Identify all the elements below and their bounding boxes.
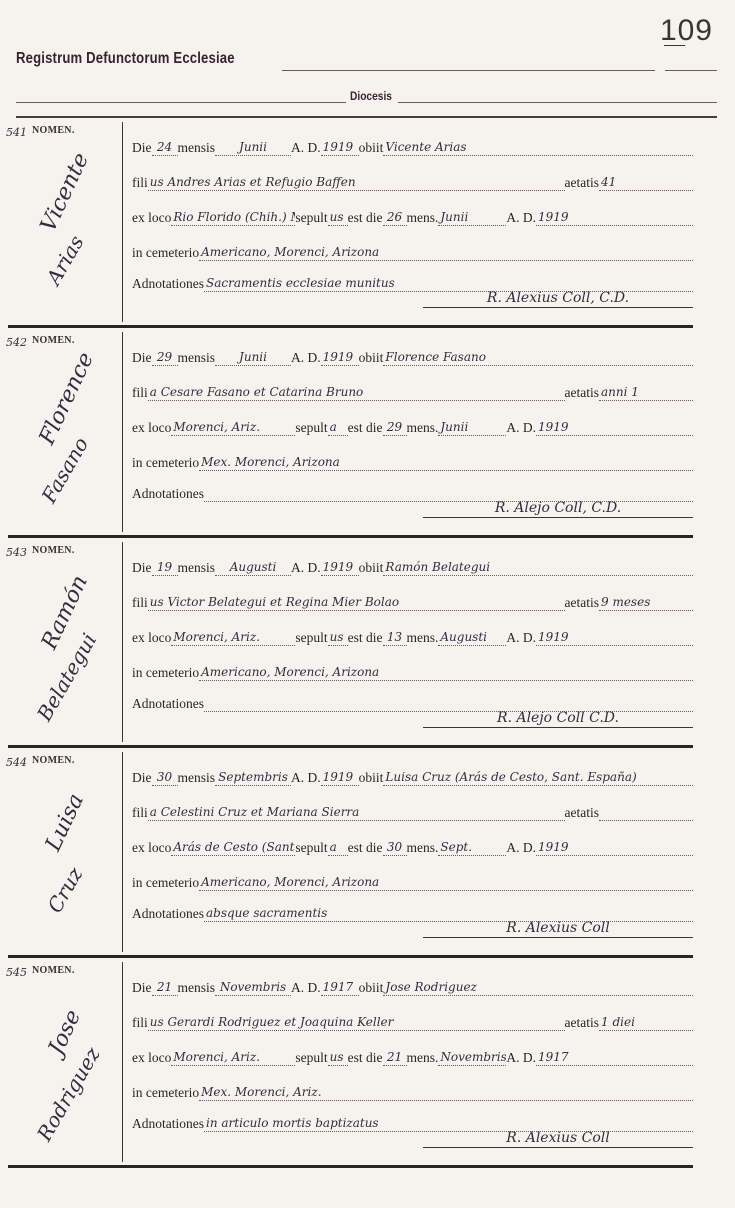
header-rule (16, 116, 717, 118)
cemetery-row: in cemeterio Mex. Morenci, Ariz. (132, 1079, 693, 1101)
adnotationes-label: Adnotationes (132, 276, 204, 292)
death-date-row: Die 30 mensis Septembris A. D. 1919 obii… (132, 764, 693, 786)
death-day: 19 (152, 560, 178, 576)
sepult-suffix: us (328, 210, 348, 226)
entry-separator (8, 745, 693, 748)
nomen-label: NOMEN. (32, 965, 75, 976)
cemetery-row: in cemeterio Americano, Morenci, Arizona (132, 239, 693, 261)
death-year: 1919 (321, 140, 359, 156)
parents: us Gerardi Rodriguez et Joaquina Keller (148, 1015, 565, 1031)
parents: a Celestini Cruz et Mariana Sierra (148, 805, 565, 821)
parents-row: fili us Gerardi Rodriguez et Joaquina Ke… (132, 1009, 693, 1031)
nomen-label: NOMEN. (32, 755, 75, 766)
sepult-suffix: us (328, 1050, 348, 1066)
aetatis-label: aetatis (565, 805, 599, 821)
notes-row: Adnotationes Sacramentis ecclesiae munit… (132, 270, 693, 292)
obiit-label: obiit (359, 560, 384, 576)
column-divider (122, 962, 123, 1162)
cemetery: Americano, Morenci, Arizona (199, 665, 693, 681)
burial-year: 1919 (536, 210, 693, 226)
aetatis-label: aetatis (565, 595, 599, 611)
register-title: Registrum Defunctorum Ecclesiae (16, 50, 235, 68)
age: anni 1 (599, 385, 693, 401)
mens-label: mens. (407, 840, 439, 856)
age: 9 meses (599, 595, 693, 611)
page-number: 109 (660, 14, 713, 48)
death-day: 29 (152, 350, 178, 366)
death-date-row: Die 21 mensis Novembris A. D. 1917 obiit… (132, 974, 693, 996)
place-of-origin: Morenci, Ariz. (171, 1050, 295, 1066)
mens-label: mens. (407, 630, 439, 646)
fili-label: fili (132, 175, 148, 191)
mensis-label: mensis (178, 140, 216, 156)
obiit-label: obiit (359, 350, 384, 366)
death-year: 1919 (321, 560, 359, 576)
adnotationes-label: Adnotationes (132, 1116, 204, 1132)
ad-label: A. D. (291, 980, 321, 996)
death-day: 21 (152, 980, 178, 996)
nomen-label: NOMEN. (32, 545, 75, 556)
cemetery-label: in cemeterio (132, 875, 199, 891)
burial-day: 13 (383, 630, 407, 646)
parents-row: fili us Victor Belategui et Regina Mier … (132, 589, 693, 611)
death-year: 1919 (321, 350, 359, 366)
mens-label: mens. (407, 420, 439, 436)
ad-label: A. D. (506, 210, 536, 226)
adnotationes-label: Adnotationes (132, 906, 204, 922)
death-month: Novembris (215, 980, 291, 996)
adnotationes-label: Adnotationes (132, 696, 204, 712)
title-line-right (665, 70, 717, 71)
obiit-label: obiit (359, 980, 384, 996)
priest-signature: R. Alexius Coll, C.D. (423, 290, 693, 308)
death-month: Junii (215, 140, 291, 156)
register-entry: 541 NOMEN. Vicente Arias Die 24 mensis J… (0, 120, 735, 328)
death-month: Septembris (215, 770, 291, 786)
cemetery-label: in cemeterio (132, 1085, 199, 1101)
death-month: Junii (215, 350, 291, 366)
place-of-origin: Morenci, Ariz. (171, 420, 295, 436)
death-year: 1919 (321, 770, 359, 786)
column-divider (122, 542, 123, 742)
obiit-label: obiit (359, 770, 384, 786)
mensis-label: mensis (178, 770, 216, 786)
burial-year: 1917 (536, 1050, 693, 1066)
burial-day: 30 (383, 840, 407, 856)
ex-loco-label: ex loco (132, 630, 171, 646)
nomen-label: NOMEN. (32, 335, 75, 346)
parents: a Cesare Fasano et Catarina Bruno (148, 385, 565, 401)
sepult-label: sepult (295, 420, 327, 436)
entry-number: 543 (6, 546, 27, 559)
est-die-label: est die (348, 420, 383, 436)
mensis-label: mensis (178, 980, 216, 996)
priest-signature: R. Alejo Coll, C.D. (423, 500, 693, 518)
fili-label: fili (132, 805, 148, 821)
parents-row: fili a Cesare Fasano et Catarina Bruno a… (132, 379, 693, 401)
sepult-suffix: a (328, 420, 348, 436)
ad-label: A. D. (506, 1050, 536, 1066)
burial-year: 1919 (536, 420, 693, 436)
fili-label: fili (132, 595, 148, 611)
register-entry: 543 NOMEN. Ramón Belategui Die 19 mensis… (0, 540, 735, 748)
deceased-name: Vicente Arias (383, 140, 693, 156)
death-date-row: Die 19 mensis Augusti A. D. 1919 obiit R… (132, 554, 693, 576)
deceased-name: Jose Rodriguez (383, 980, 693, 996)
register-entry: 542 NOMEN. Florence Fasano Die 29 mensis… (0, 330, 735, 538)
cemetery: Americano, Morenci, Arizona (199, 245, 693, 261)
entry-number: 541 (6, 126, 27, 139)
mens-label: mens. (407, 210, 439, 226)
ad-label: A. D. (291, 560, 321, 576)
entry-number: 542 (6, 336, 27, 349)
sepult-label: sepult (295, 630, 327, 646)
obiit-label: obiit (359, 140, 384, 156)
ad-label: A. D. (291, 140, 321, 156)
diocesis-line-right (398, 102, 717, 103)
sepult-suffix: a (328, 840, 348, 856)
title-line (282, 70, 655, 71)
die-label: Die (132, 770, 152, 786)
parents-row: fili a Celestini Cruz et Mariana Sierra … (132, 799, 693, 821)
ex-loco-label: ex loco (132, 840, 171, 856)
est-die-label: est die (348, 1050, 383, 1066)
est-die-label: est die (348, 630, 383, 646)
entry-number: 545 (6, 966, 27, 979)
burial-month: Novembris (438, 1050, 506, 1066)
burial-day: 26 (383, 210, 407, 226)
ad-label: A. D. (291, 770, 321, 786)
diocesis-line-left (16, 102, 346, 103)
death-year: 1917 (321, 980, 359, 996)
place-of-origin: Morenci, Ariz. (171, 630, 295, 646)
place-burial-row: ex loco Morenci, Ariz. sepult a est die … (132, 414, 693, 436)
notes-row: Adnotationes in articulo mortis baptizat… (132, 1110, 693, 1132)
nomen-label: NOMEN. (32, 125, 75, 136)
ex-loco-label: ex loco (132, 210, 171, 226)
column-divider (122, 332, 123, 532)
aetatis-label: aetatis (565, 1015, 599, 1031)
die-label: Die (132, 350, 152, 366)
sepult-label: sepult (295, 210, 327, 226)
cemetery-row: in cemeterio Americano, Morenci, Arizona (132, 869, 693, 891)
mensis-label: mensis (178, 350, 216, 366)
priest-signature: R. Alexius Coll (423, 1130, 693, 1148)
column-divider (122, 122, 123, 322)
est-die-label: est die (348, 840, 383, 856)
notes-row: Adnotationes absque sacramentis (132, 900, 693, 922)
mensis-label: mensis (178, 560, 216, 576)
death-date-row: Die 24 mensis Junii A. D. 1919 obiit Vic… (132, 134, 693, 156)
cemetery-label: in cemeterio (132, 455, 199, 471)
diocesis-label: Diocesis (350, 89, 392, 103)
column-divider (122, 752, 123, 952)
ad-label: A. D. (506, 630, 536, 646)
register-entry: 544 NOMEN. Luisa Cruz Die 30 mensis Sept… (0, 750, 735, 958)
burial-month: Augusti (438, 630, 506, 646)
burial-day: 21 (383, 1050, 407, 1066)
place-burial-row: ex loco Rio Florido (Chih.) Mex. sepult … (132, 204, 693, 226)
cemetery-row: in cemeterio Americano, Morenci, Arizona (132, 659, 693, 681)
die-label: Die (132, 560, 152, 576)
burial-day: 29 (383, 420, 407, 436)
place-of-origin: Arás de Cesto (Sant. Esp.) (171, 840, 295, 856)
ex-loco-label: ex loco (132, 1050, 171, 1066)
parents: us Andres Arias et Refugio Baffen (148, 175, 565, 191)
age: 1 diei (599, 1015, 693, 1031)
ad-label: A. D. (506, 420, 536, 436)
fili-label: fili (132, 385, 148, 401)
parents-row: fili us Andres Arias et Refugio Baffen a… (132, 169, 693, 191)
sepult-suffix: us (328, 630, 348, 646)
cemetery-label: in cemeterio (132, 665, 199, 681)
sepult-label: sepult (295, 840, 327, 856)
death-day: 30 (152, 770, 178, 786)
sepult-label: sepult (295, 1050, 327, 1066)
ad-label: A. D. (291, 350, 321, 366)
adnotationes-label: Adnotationes (132, 486, 204, 502)
burial-month: Junii (438, 210, 506, 226)
register-entry: 545 NOMEN. Jose Rodriguez Die 21 mensis … (0, 960, 735, 1168)
ex-loco-label: ex loco (132, 420, 171, 436)
aetatis-label: aetatis (565, 385, 599, 401)
cemetery-row: in cemeterio Mex. Morenci, Arizona (132, 449, 693, 471)
age: 41 (599, 175, 693, 191)
cemetery: Mex. Morenci, Ariz. (199, 1085, 693, 1101)
death-date-row: Die 29 mensis Junii A. D. 1919 obiit Flo… (132, 344, 693, 366)
aetatis-label: aetatis (565, 175, 599, 191)
ad-label: A. D. (506, 840, 536, 856)
priest-signature: R. Alejo Coll C.D. (423, 710, 693, 728)
cemetery: Americano, Morenci, Arizona (199, 875, 693, 891)
deceased-name: Florence Fasano (383, 350, 693, 366)
place-burial-row: ex loco Arás de Cesto (Sant. Esp.) sepul… (132, 834, 693, 856)
est-die-label: est die (348, 210, 383, 226)
priest-signature: R. Alexius Coll (423, 920, 693, 938)
parents: us Victor Belategui et Regina Mier Bolao (148, 595, 565, 611)
deceased-name: Luisa Cruz (Arás de Cesto, Sant. España) (383, 770, 693, 786)
deceased-name: Ramón Belategui (383, 560, 693, 576)
entry-separator (8, 325, 693, 328)
entry-separator (8, 955, 693, 958)
entry-separator (8, 1165, 693, 1168)
burial-month: Sept. (438, 840, 506, 856)
place-burial-row: ex loco Morenci, Ariz. sepult us est die… (132, 624, 693, 646)
notes-row: Adnotationes (132, 690, 693, 712)
place-of-origin: Rio Florido (Chih.) Mex. (171, 210, 295, 226)
entry-separator (8, 535, 693, 538)
age (599, 819, 693, 821)
mens-label: mens. (407, 1050, 439, 1066)
death-day: 24 (152, 140, 178, 156)
place-burial-row: ex loco Morenci, Ariz. sepult us est die… (132, 1044, 693, 1066)
burial-year: 1919 (536, 840, 693, 856)
cemetery: Mex. Morenci, Arizona (199, 455, 693, 471)
burial-year: 1919 (536, 630, 693, 646)
death-month: Augusti (215, 560, 291, 576)
burial-month: Junii (438, 420, 506, 436)
die-label: Die (132, 140, 152, 156)
die-label: Die (132, 980, 152, 996)
entry-number: 544 (6, 756, 27, 769)
cemetery-label: in cemeterio (132, 245, 199, 261)
fili-label: fili (132, 1015, 148, 1031)
notes-row: Adnotationes (132, 480, 693, 502)
